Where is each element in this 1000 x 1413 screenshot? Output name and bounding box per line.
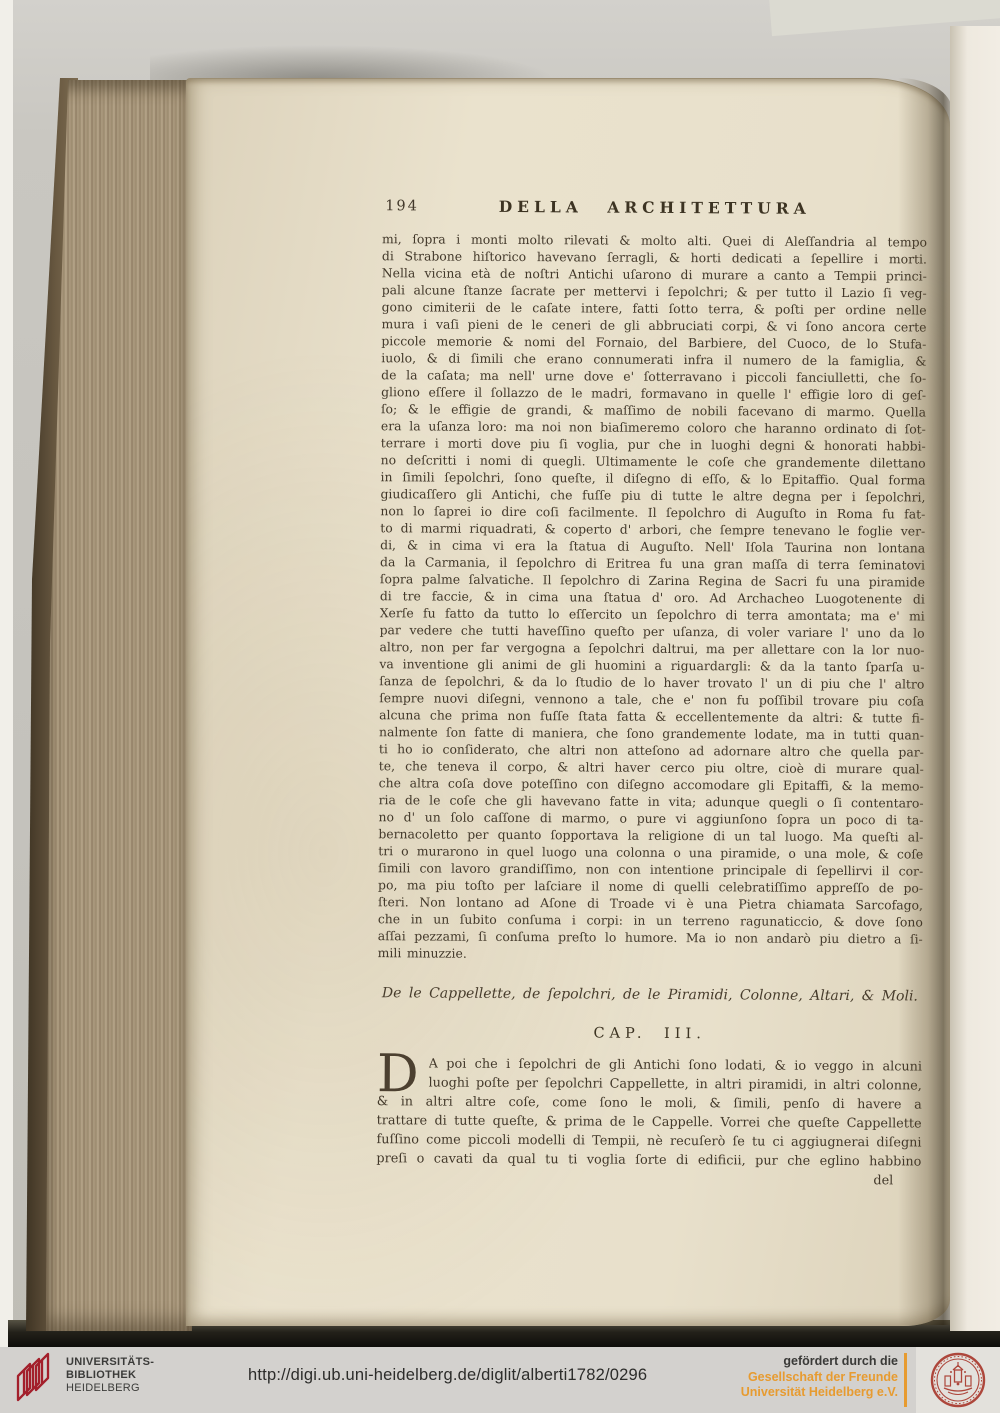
- book-top-shadow: [150, 30, 710, 80]
- section-heading: De le Cappellette, de ſepolchri, de le P…: [377, 985, 922, 1004]
- screenshot: 194 DELLA ARCHITETTURA mi, ſopra i monti…: [0, 0, 1000, 1413]
- book-page: 194 DELLA ARCHITETTURA mi, ſopra i monti…: [186, 78, 950, 1326]
- library-name-line3: HEIDELBERG: [66, 1382, 154, 1395]
- scan-left-margin: [0, 0, 13, 1347]
- footer-divider: [904, 1353, 907, 1407]
- chapter-heading: CAP. III.: [377, 1024, 922, 1043]
- chapter-text: D A poi che i ſepolchri de gli Antichi ſ…: [376, 1054, 922, 1190]
- page-content: 194 DELLA ARCHITETTURA mi, ſopra i monti…: [178, 79, 950, 1331]
- body-text: mi, ſopra i monti molto rilevati & molto…: [378, 230, 927, 964]
- library-books-icon: [14, 1352, 60, 1408]
- chapter-lines: A poi che i ſepolchri de gli Antichi ſon…: [376, 1054, 922, 1171]
- page-url: http://digi.ub.uni-heidelberg.de/diglit/…: [248, 1366, 647, 1385]
- library-name: UNIVERSITÄTS- BIBLIOTHEK HEIDELBERG: [66, 1356, 154, 1395]
- page-gutter-shadow: [898, 78, 952, 1325]
- page-fore-edges: [46, 80, 192, 1331]
- text-line: preſi o cavati da qual tu ti voglia ſort…: [376, 1149, 921, 1171]
- catchword: del: [376, 1168, 921, 1190]
- library-name-line2: BIBLIOTHEK: [66, 1369, 154, 1382]
- funding-org-line2: Universität Heidelberg e.V.: [741, 1385, 898, 1401]
- library-name-line1: UNIVERSITÄTS-: [66, 1356, 154, 1369]
- drop-cap: D: [377, 1054, 429, 1092]
- funding-note: gefördert durch die Gesellschaft der Fre…: [741, 1354, 898, 1401]
- funding-org-line1: Gesellschaft der Freunde: [741, 1370, 898, 1386]
- university-seal-icon: [928, 1350, 988, 1410]
- book-scan: 194 DELLA ARCHITETTURA mi, ſopra i monti…: [0, 0, 1000, 1347]
- running-title: DELLA ARCHITETTURA: [382, 196, 927, 218]
- footer-bar: UNIVERSITÄTS- BIBLIOTHEK HEIDELBERG http…: [0, 1347, 1000, 1413]
- text-line: mili minuzzie.: [378, 944, 923, 964]
- funding-prefix: gefördert durch die: [741, 1354, 898, 1370]
- facing-page: [950, 26, 1000, 1331]
